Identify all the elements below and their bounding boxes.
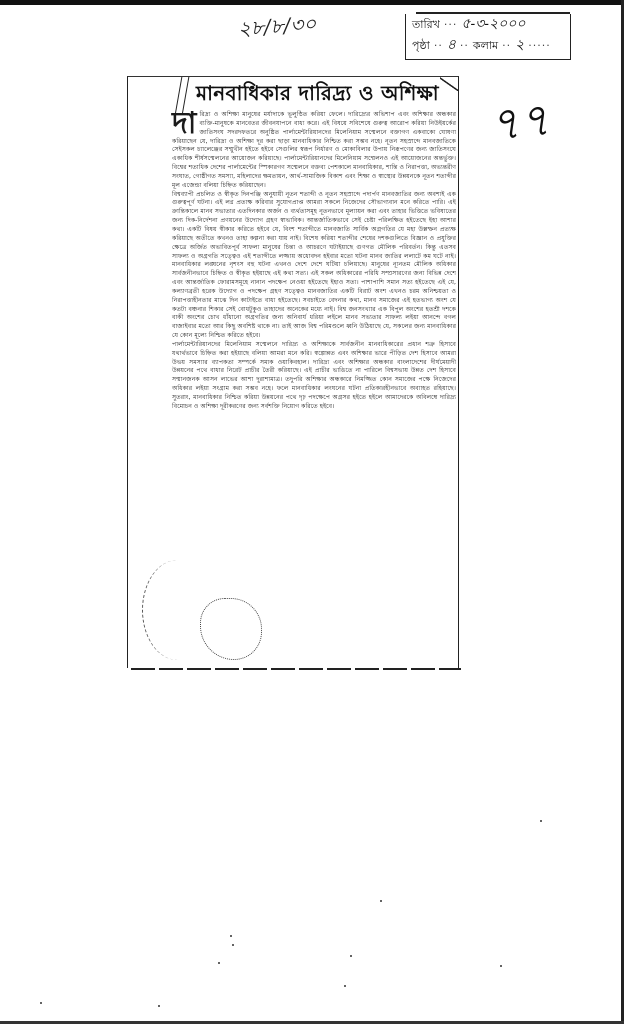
article-title: মানবাধিকার দারিদ্র্য ও অশিক্ষা	[196, 79, 458, 112]
archive-stamp: তারিখ ··· ৫-৩-২০০০ পৃষ্ঠা ·· ৪ ·· কলাম ·…	[405, 14, 571, 60]
stamp-date-label: তারিখ	[412, 15, 440, 35]
scan-speckle	[230, 935, 232, 937]
scan-speckle	[540, 820, 542, 822]
stamp-column-value: ২	[515, 35, 524, 55]
scan-speckle	[344, 985, 346, 987]
handwritten-page-number: ৭৭	[486, 85, 553, 167]
scan-speckle	[350, 955, 352, 957]
stamp-column-label: কলাম	[473, 36, 498, 56]
scan-speckle	[500, 965, 502, 967]
stamp-page-row: পৃষ্ঠা ·· ৪ ·· কলাম ·· ২ ·····	[412, 35, 564, 56]
scan-speckle	[218, 962, 220, 964]
article-body: দারিদ্র্য ও অশিক্ষা মানুষের মর্যাদাকে ভূ…	[172, 111, 456, 412]
clipping-bottom-edge	[131, 668, 461, 670]
drop-cap: দা	[172, 111, 196, 137]
scan-edge-top	[0, 0, 624, 5]
handwritten-note: ২৮/৮/৩০	[237, 9, 318, 47]
scan-speckle	[380, 900, 382, 902]
article-paragraph: বিশ্বব্যাপী প্রচলিত ও স্বীকৃত দিনপঞ্জি অ…	[172, 191, 456, 341]
stamp-date-row: তারিখ ··· ৫-৩-২০০০	[412, 14, 564, 35]
stamp-page-value: ৪	[447, 35, 456, 55]
scan-speckle	[158, 1005, 160, 1007]
article-paragraph: পার্লামেন্টারিয়ানদের মিলেনিয়াম সম্মেলন…	[172, 341, 456, 412]
stamp-page-label: পৃষ্ঠা	[412, 36, 430, 56]
scan-speckle	[40, 1002, 42, 1004]
article-paragraph: দারিদ্র্য ও অশিক্ষা মানুষের মর্যাদাকে ভূ…	[172, 111, 456, 191]
scan-speckle	[232, 944, 234, 946]
stamp-date-value: ৫-৩-২০০০	[461, 14, 525, 34]
